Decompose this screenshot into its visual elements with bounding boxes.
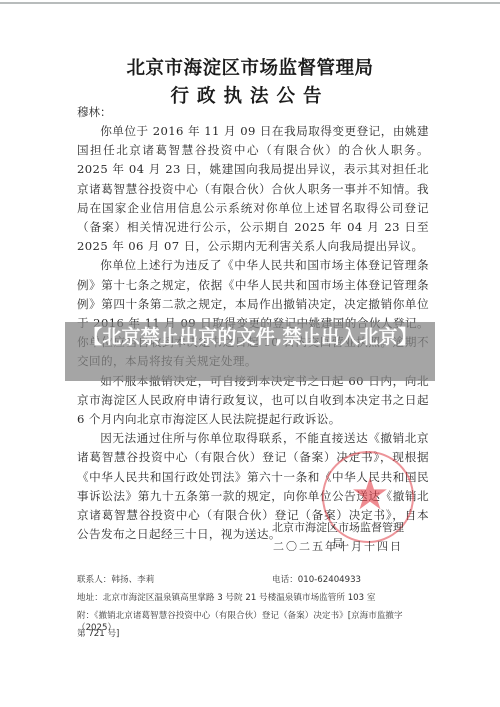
overlay-banner-title: 【北京禁止出京的文件,禁止出入北京】 — [65, 322, 435, 381]
footer-address: 地址：北京市海淀区温泉镇高里掌路 3 号院 21 号楼温泉镇市场监管所 103 … — [77, 591, 375, 603]
paragraph-registration: 你单位于 2016 年 11 月 09 日在我局取得变更登记，由姚建国担任北京诸… — [77, 122, 429, 256]
document-title: 行政执法公告 — [0, 82, 500, 108]
footer-contact: 联系人：韩扬、李莉 — [77, 573, 154, 585]
signature-date: 二〇二五年十月十四日 — [268, 538, 408, 554]
footer-phone: 电话：010-62404933 — [272, 573, 361, 585]
footer-attachment: 附：《撤销北京诸葛智慧谷投资中心（有限合伙）登记（备案）决定书》[京海市监撤字（… — [77, 609, 437, 633]
issuer-heading: 北京市海淀区市场监督管理局 — [0, 54, 500, 80]
addressee: 穆林： — [77, 104, 112, 120]
scan-edge-line — [0, 2, 500, 4]
footer-attachment-number: 第 721 号] — [77, 627, 119, 639]
seal-star-icon: ★ — [344, 469, 396, 521]
